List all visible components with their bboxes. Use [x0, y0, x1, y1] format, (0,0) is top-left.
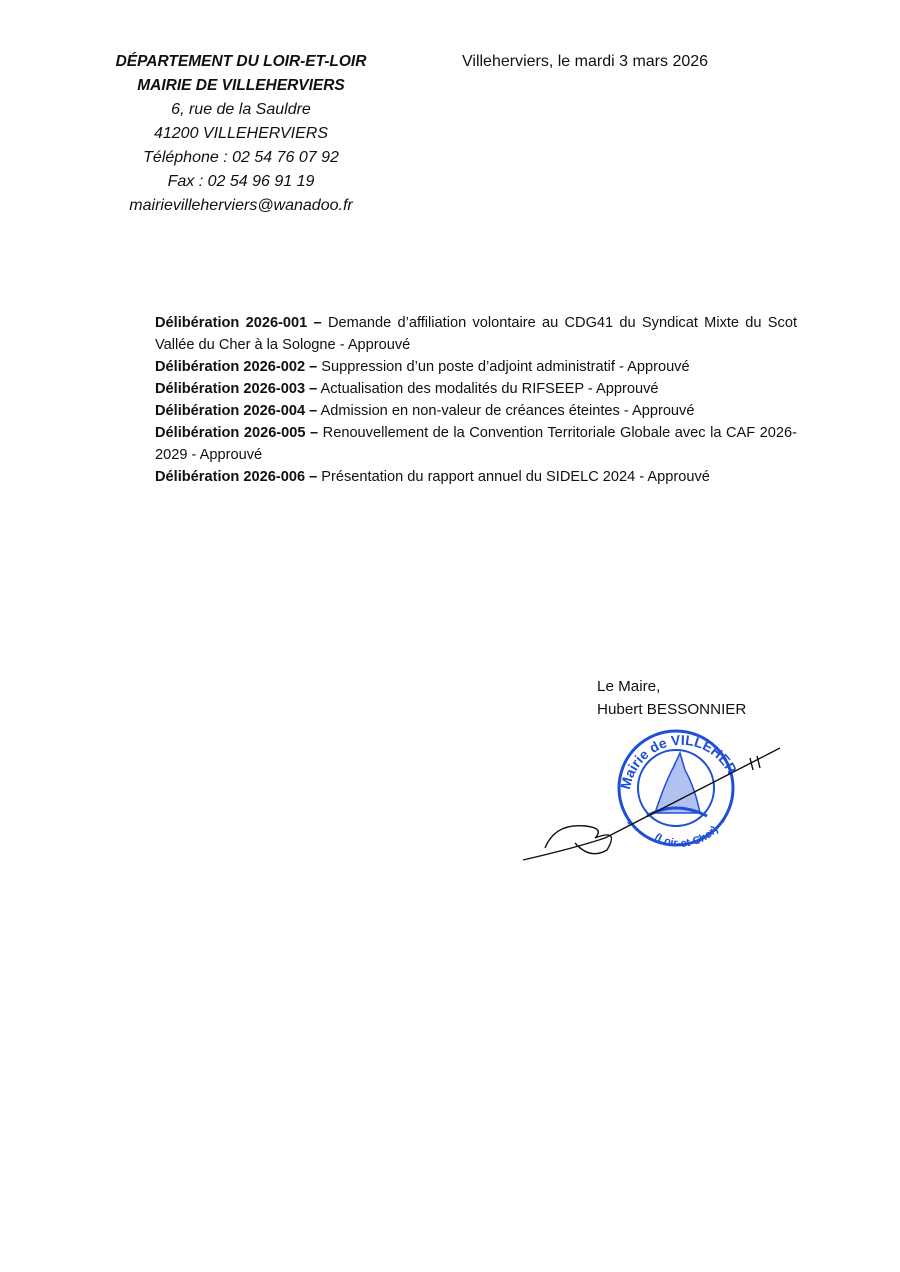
fax-number: Fax : 02 54 96 91 19 [100, 170, 382, 194]
deliberation-item: Délibération 2026-003 – Actualisation de… [155, 378, 797, 400]
deliberation-text: Admission en non-valeur de créances étei… [317, 403, 694, 419]
stamp-and-signature: Mairie de VILLEHERVIERS (Loir-et-Cher) *… [515, 728, 785, 868]
address-street: 6, rue de la Sauldre [100, 98, 382, 122]
deliberation-number: Délibération 2026-001 – [155, 315, 322, 331]
svg-text:*: * [721, 818, 725, 829]
deliberation-number: Délibération 2026-002 – [155, 359, 317, 375]
deliberation-item: Délibération 2026-001 – Demande d’affili… [155, 312, 797, 356]
deliberations-list: Délibération 2026-001 – Demande d’affili… [155, 312, 797, 488]
signatory-name: Hubert BESSONNIER [597, 699, 746, 722]
signature-block: Le Maire, Hubert BESSONNIER [597, 676, 746, 721]
deliberation-number: Délibération 2026-006 – [155, 469, 317, 485]
svg-text:(Loir-et-Cher): (Loir-et-Cher) [652, 824, 720, 850]
date-line: Villeherviers, le mardi 3 mars 2026 [462, 50, 708, 74]
official-stamp-icon: Mairie de VILLEHERVIERS (Loir-et-Cher) *… [515, 728, 785, 868]
deliberation-item: Délibération 2026-004 – Admission en non… [155, 400, 797, 422]
deliberation-item: Délibération 2026-006 – Présentation du … [155, 466, 797, 488]
deliberation-item: Délibération 2026-005 – Renouvellement d… [155, 422, 797, 466]
deliberation-number: Délibération 2026-003 – [155, 381, 317, 397]
address-city: 41200 VILLEHERVIERS [100, 122, 382, 146]
deliberation-number: Délibération 2026-005 – [155, 425, 318, 441]
deliberation-text: Suppression d’un poste d’adjoint adminis… [317, 359, 689, 375]
mairie-name: MAIRIE DE VILLEHERVIERS [100, 74, 382, 98]
deliberation-text: Présentation du rapport annuel du SIDELC… [317, 469, 710, 485]
deliberation-text: Actualisation des modalités du RIFSEEP -… [317, 381, 658, 397]
department-name: DÉPARTEMENT DU LOIR-ET-LOIR [100, 50, 382, 74]
deliberation-number: Délibération 2026-004 – [155, 403, 317, 419]
phone-number: Téléphone : 02 54 76 07 92 [100, 146, 382, 170]
letterhead: DÉPARTEMENT DU LOIR-ET-LOIR MAIRIE DE VI… [100, 50, 382, 218]
signatory-title: Le Maire, [597, 676, 746, 699]
deliberation-item: Délibération 2026-002 – Suppression d’un… [155, 356, 797, 378]
email-address: mairievilleherviers@wanadoo.fr [100, 194, 382, 218]
